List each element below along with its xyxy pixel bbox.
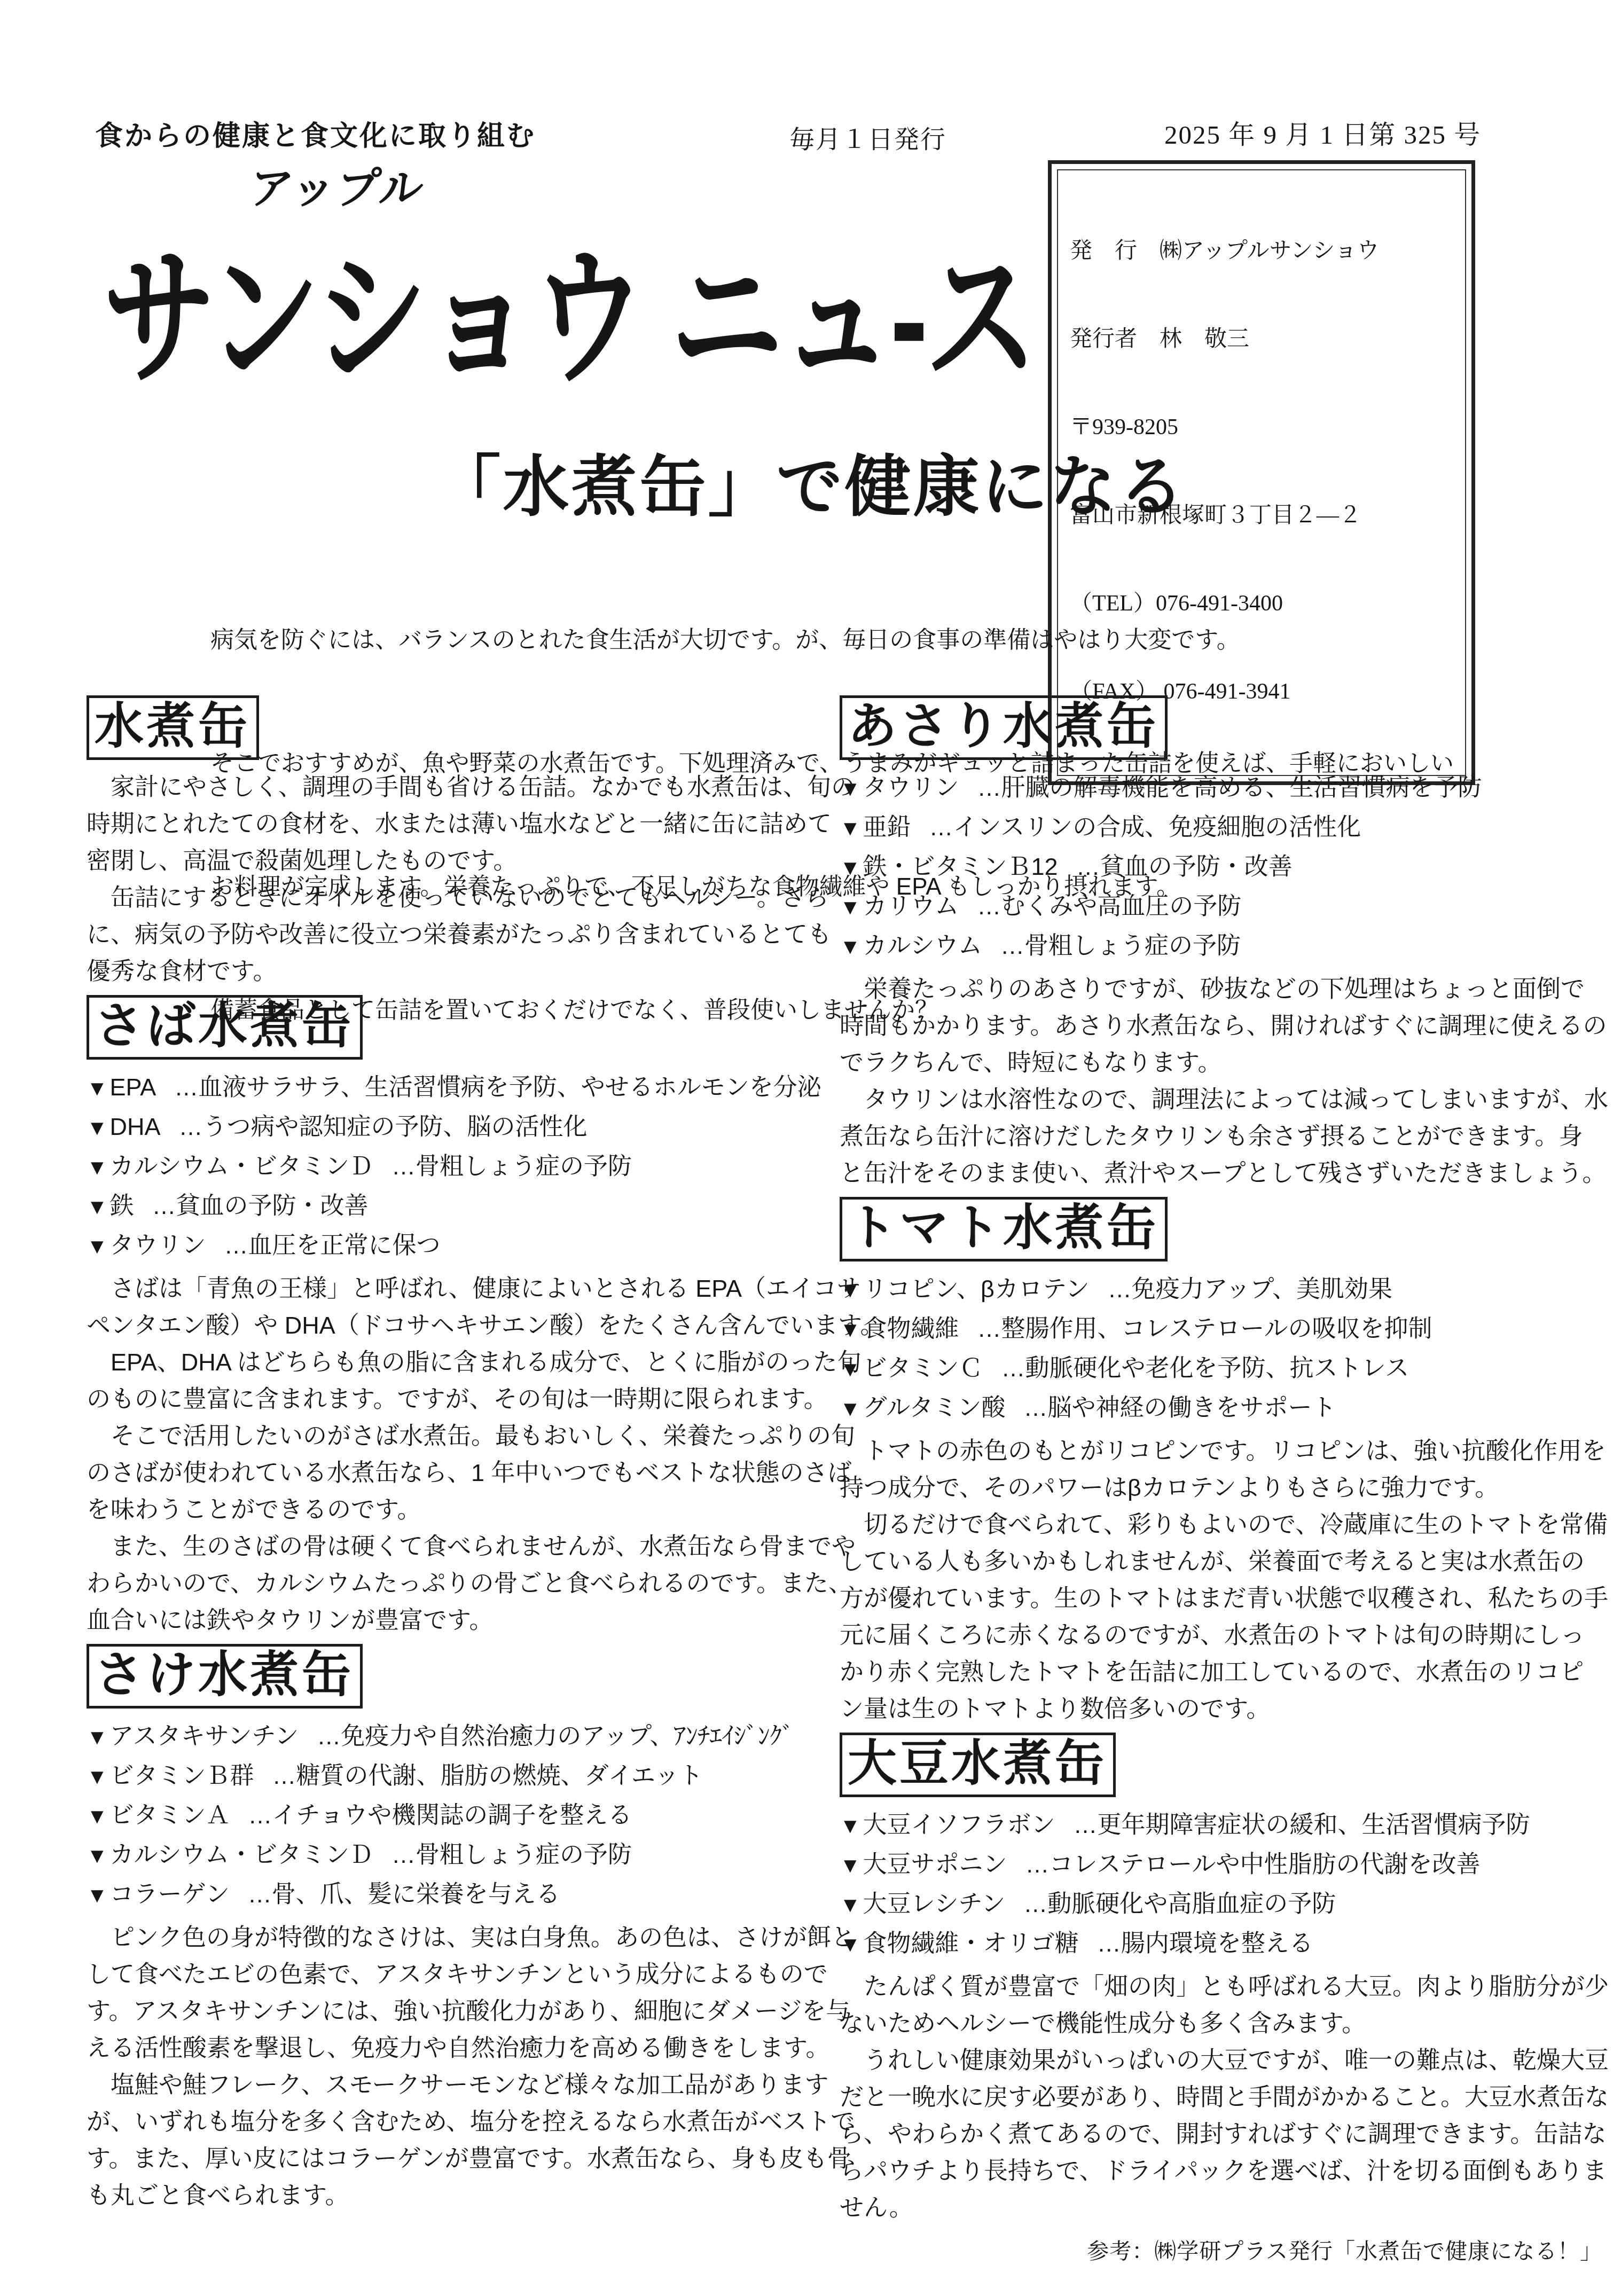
bullet-name: 大豆イソフラボン [863,1811,1055,1838]
paragraph-line: も丸ごと食べられます。 [87,2177,832,2214]
bullet-desc: …イチョウや機関誌の調子を整える [248,1801,632,1829]
bullet-triangle-icon: ▼ [840,1318,861,1342]
bullet-name: ビタミンＣ [863,1354,983,1382]
paragraph-line: 栄養たっぷりのあさりですが、砂抜などの下処理はちょっと面倒で [840,970,1602,1007]
section-paragraphs: さばは「青魚の王様」と呼ばれ、健康によいとされる EPA（エイコサ ペンタエン酸… [87,1270,832,1639]
intro-line: 病気を防ぐには、バランスのとれた食生活が大切です。が、毎日の食事の準備はやはり大… [210,620,1454,661]
bullet-line: ▼EPA…血液サラサラ、生活習慣病を予防、やせるホルモンを分泌 [87,1068,832,1108]
bullet-desc: …血圧を正常に保つ [224,1232,441,1259]
section-bullets: ▼大豆イソフラボン…更年期障害症状の緩和、生活習慣病予防 ▼大豆サポニン…コレス… [840,1806,1602,1964]
paragraph-line: 缶詰にするときにオイルを使っていないのでとてもヘルシー。さら [87,879,832,916]
paragraph-line: える活性酸素を撃退し、免疫力や自然治癒力を高める働きをします。 [87,2029,832,2066]
bullet-desc: …脳や神経の働きをサポート [1023,1394,1336,1421]
section-bullets: ▼タウリン…肝臓の解毒機能を高める、生活習慣病を予防 ▼亜鉛…インスリンの合成、… [840,769,1602,966]
section-title-row: さけ水煮缶 [87,1644,832,1709]
bullet-line: ▼大豆イソフラボン…更年期障害症状の緩和、生活習慣病予防 [840,1806,1602,1845]
bullet-name: コラーゲン [110,1880,230,1908]
paragraph-line: す。アスタキサンチンには、強い抗酸化力があり、細胞にダメージを与 [87,1993,832,2029]
section-sake: さけ水煮缶 ▼アスタキサンチン…免疫力や自然治癒力のアップ、ｱﾝﾁｴｲｼﾞﾝｸﾞ… [87,1644,832,2214]
issue-number: 2025 年 9 月 1 日第 325 号 [1164,114,1481,152]
bullet-desc: …コレステロールや中性脂肪の代謝を改善 [1025,1851,1481,1878]
bullet-name: カリウム [863,892,959,920]
section-paragraphs: たんぱく質が豊富で「畑の肉」とも呼ばれる大豆。肉より脂肪分が少 ないためヘルシー… [840,1968,1602,2226]
bullet-triangle-icon: ▼ [840,777,861,801]
bullet-triangle-icon: ▼ [840,1933,861,1956]
bullet-line: ▼タウリン…血圧を正常に保つ [87,1226,832,1266]
bullet-name: ビタミンＢ群 [110,1762,254,1789]
reference-note: 参考：㈱学研プラス発行「水煮缶で健康になる！」 [840,2234,1602,2265]
bullet-triangle-icon: ▼ [87,1116,108,1140]
bullet-line: ▼亜鉛…インスリンの合成、免疫細胞の活性化 [840,808,1602,848]
bullet-desc: …動脈硬化や高脂血症の予防 [1023,1890,1336,1917]
paragraph-line: トマトの赤色のもとがリコピンです。リコピンは、強い抗酸化作用を [840,1432,1602,1469]
bullet-triangle-icon: ▼ [840,1397,861,1421]
paragraph-line: さばは「青魚の王様」と呼ばれ、健康によいとされる EPA（エイコサ [87,1270,832,1307]
bullet-name: カルシウム [863,932,982,959]
paragraph-line: を味わうことができるのです。 [87,1491,832,1528]
bullet-name: ビタミンＡ [110,1801,230,1829]
paragraph-line: 家計にやさしく、調理の手間も省ける缶詰。なかでも水煮缶は、旬の [87,769,832,805]
paragraph-line: ン量は生のトマトより数倍多いのです。 [840,1690,1602,1727]
bullet-line: ▼リコピン、βカロテン…免疫力アップ、美肌効果 [840,1270,1602,1310]
bullet-line: ▼カルシウム・ビタミンＤ…骨粗しょう症の予防 [87,1836,832,1875]
bullet-desc: …糖質の代謝、脂肪の燃焼、ダイエット [272,1762,703,1789]
bullet-line: ▼鉄・ビタミンＢ12…貧血の予防・改善 [840,848,1602,887]
bullet-name: 鉄・ビタミンＢ12 [863,853,1058,880]
paragraph-line: わらかいので、カルシウムたっぷりの骨ごと食べられるのです。また、 [87,1565,832,1602]
section-title-row: 水煮缶 [87,695,832,760]
bullet-triangle-icon: ▼ [87,1805,108,1828]
section-tomato: トマト水煮缶 ▼リコピン、βカロテン…免疫力アップ、美肌効果 ▼食物繊維…整腸作… [840,1197,1602,1727]
bullet-desc: …むくみや高血圧の予防 [977,892,1241,920]
section-paragraphs: 家計にやさしく、調理の手間も省ける缶詰。なかでも水煮缶は、旬の 時期にとれたての… [87,769,832,990]
bullet-desc: …インスリンの合成、免疫細胞の活性化 [929,813,1361,841]
paragraph-line: うれしい健康効果がいっぱいの大豆ですが、唯一の難点は、乾燥大豆 [840,2042,1602,2079]
bullet-triangle-icon: ▼ [87,1077,108,1100]
paragraph-line: ら、やわらかく煮てあるので、開封すればすぐに調理できます。缶詰な [840,2115,1602,2152]
bullet-desc: …骨、爪、髪に栄養を与える [248,1880,560,1908]
bullet-triangle-icon: ▼ [840,1279,861,1302]
bullet-name: 亜鉛 [863,813,911,841]
bullet-line: ▼鉄…貧血の予防・改善 [87,1187,832,1226]
bullet-desc: …骨粗しょう症の予防 [1000,932,1241,959]
bullet-line: ▼食物繊維・オリゴ糖…腸内環境を整える [840,1924,1602,1964]
paragraph-line: が、いずれも塩分を多く含むため、塩分を控えるなら水煮缶がベストで [87,2103,832,2140]
section-title-row: トマト水煮缶 [840,1197,1602,1261]
section-bullets: ▼アスタキサンチン…免疫力や自然治癒力のアップ、ｱﾝﾁｴｲｼﾞﾝｸﾞ ▼ビタミン… [87,1717,832,1915]
section-title: 水煮缶 [87,695,259,760]
section-saba: さば水煮缶 ▼EPA…血液サラサラ、生活習慣病を予防、やせるホルモンを分泌 ▼D… [87,995,832,1639]
paragraph-line: す。また、厚い皮にはコラーゲンが豊富です。水煮缶なら、身も皮も骨 [87,2140,832,2177]
bullet-name: 鉄 [110,1192,134,1219]
bullet-triangle-icon: ▼ [840,935,861,959]
paragraph-line: ピンク色の身が特徴的なさけは、実は白身魚。あの色は、さけが餌と [87,1919,832,1956]
paragraph-line: 時間もかかります。あさり水煮缶なら、開ければすぐに調理に使えるの [840,1007,1602,1044]
publisher-line: 発行者 林 敬三 [1070,325,1453,354]
section-asari: あさり水煮缶 ▼タウリン…肝臓の解毒機能を高める、生活習慣病を予防 ▼亜鉛…イン… [840,695,1602,1192]
bullet-triangle-icon: ▼ [840,856,861,880]
section-title: あさり水煮缶 [840,695,1168,760]
section-paragraphs: 栄養たっぷりのあさりですが、砂抜などの下処理はちょっと面倒で 時間もかかります。… [840,970,1602,1192]
bullet-line: ▼コラーゲン…骨、爪、髪に栄養を与える [87,1875,832,1915]
section-mizunikan: 水煮缶 家計にやさしく、調理の手間も省ける缶詰。なかでも水煮缶は、旬の 時期にと… [87,695,832,990]
bullet-triangle-icon: ▼ [87,1235,108,1258]
paragraph-line: 血合いには鉄やタウリンが豊富です。 [87,1602,832,1639]
bullet-desc: …動脈硬化や老化を予防、抗ストレス [1001,1354,1409,1382]
bullet-line: ▼カルシウム・ビタミンＤ…骨粗しょう症の予防 [87,1147,832,1187]
paragraph-line: 優秀な食材です。 [87,953,832,990]
paragraph-line: また、生のさばの骨は硬くて食べられませんが、水煮缶なら骨までや [87,1528,832,1565]
paragraph-line: 煮缶なら缶汁に溶けだしたタウリンも余さず摂ることができます。身 [840,1118,1602,1155]
paragraph-line: そこで活用したいのがさば水煮缶。最もおいしく、栄養たっぷりの旬 [87,1417,832,1454]
newsletter-logo: サンショウ ニュ-ス [103,199,1035,414]
bullet-name: カルシウム・ビタミンＤ [110,1153,373,1180]
section-title-row: あさり水煮缶 [840,695,1602,760]
paragraph-line: 時期にとれたての食材を、水または薄い塩水などと一緒に缶に詰めて [87,805,832,842]
newsletter-page: 食からの健康と食文化に取り組む 毎月１日発行 2025 年 9 月 1 日第 3… [0,0,1621,2296]
section-title-row: さば水煮缶 [87,995,832,1060]
paragraph-line: たんぱく質が豊富で「畑の肉」とも呼ばれる大豆。肉より脂肪分が少 [840,1968,1602,2005]
bullet-line: ▼DHA…うつ病や認知症の予防、脳の活性化 [87,1108,832,1147]
bullet-line: ▼ビタミンＣ…動脈硬化や老化を予防、抗ストレス [840,1349,1602,1389]
paragraph-line: かり赤く完熟したトマトを缶詰に加工しているので、水煮缶のリコピ [840,1654,1602,1690]
paragraph-line: EPA、DHA はどちらも魚の脂に含まれる成分で、とくに脂がのった旬 [87,1344,832,1381]
paragraph-line: 元に届くころに赤くなるのですが、水煮缶のトマトは旬の時期にしっ [840,1617,1602,1654]
bullet-name: タウリン [863,774,959,801]
page-title: 「水煮缶」で健康になる [0,434,1621,529]
paragraph-line: ないためヘルシーで機能性成分も多く含みます。 [840,2005,1602,2042]
section-bullets: ▼EPA…血液サラサラ、生活習慣病を予防、やせるホルモンを分泌 ▼DHA…うつ病… [87,1068,832,1266]
paragraph-line: に、病気の予防や改善に役立つ栄養素がたっぷり含まれているとても [87,916,832,953]
bullet-name: タウリン [110,1232,206,1259]
bullet-triangle-icon: ▼ [87,1844,108,1868]
paragraph-line: でラクちんで、時短にもなります。 [840,1044,1602,1081]
bullet-line: ▼大豆サポニン…コレステロールや中性脂肪の代謝を改善 [840,1845,1602,1885]
paragraph-line: 塩鮭や鮭フレーク、スモークサーモンなど様々な加工品があります [87,2066,832,2103]
left-column: 水煮缶 家計にやさしく、調理の手間も省ける缶詰。なかでも水煮缶は、旬の 時期にと… [87,690,832,2215]
bullet-line: ▼カリウム…むくみや高血圧の予防 [840,887,1602,927]
section-title: さけ水煮缶 [87,1644,363,1709]
bullet-triangle-icon: ▼ [840,896,861,919]
paragraph-line: と缶汁をそのまま使い、煮汁やスープとして残さずいただきましょう。 [840,1155,1602,1192]
section-paragraphs: ピンク色の身が特徴的なさけは、実は白身魚。あの色は、さけが餌と して食べたエビの… [87,1919,832,2214]
right-column: あさり水煮缶 ▼タウリン…肝臓の解毒機能を高める、生活習慣病を予防 ▼亜鉛…イン… [840,690,1602,2265]
section-paragraphs: トマトの赤色のもとがリコピンです。リコピンは、強い抗酸化作用を 持つ成分で、その… [840,1432,1602,1727]
bullet-triangle-icon: ▼ [87,1884,108,1907]
section-title: さば水煮缶 [87,995,363,1060]
bullet-desc: …血液サラサラ、生活習慣病を予防、やせるホルモンを分泌 [174,1073,821,1101]
bullet-name: 食物繊維 [863,1315,959,1342]
bullet-name: 食物繊維・オリゴ糖 [863,1930,1079,1957]
bullet-name: 大豆レシチン [863,1890,1006,1917]
bullet-name: アスタキサンチン [110,1722,299,1750]
section-bullets: ▼リコピン、βカロテン…免疫力アップ、美肌効果 ▼食物繊維…整腸作用、コレステロ… [840,1270,1602,1428]
bullet-triangle-icon: ▼ [840,1814,861,1838]
bullet-name: カルシウム・ビタミンＤ [110,1841,373,1868]
bullet-line: ▼大豆レシチン…動脈硬化や高脂血症の予防 [840,1885,1602,1924]
paragraph-line: せん。 [840,2189,1602,2226]
bullet-name: EPA [110,1073,156,1101]
bullet-line: ▼ビタミンＢ群…糖質の代謝、脂肪の燃焼、ダイエット [87,1757,832,1796]
bullet-desc: …骨粗しょう症の予防 [391,1153,632,1180]
bullet-triangle-icon: ▼ [840,817,861,840]
paragraph-line: している人も多いかもしれませんが、栄養面で考えると実は水煮缶の [840,1543,1602,1580]
paragraph-line: 持つ成分で、そのパワーはβカロテンよりもさらに強力です。 [840,1469,1602,1506]
bullet-desc: …うつ病や認知症の予防、脳の活性化 [179,1113,588,1140]
bullet-triangle-icon: ▼ [840,1358,861,1381]
page-tagline: 食からの健康と食文化に取り組む [95,113,536,153]
bullet-name: DHA [110,1113,161,1140]
section-title: 大豆水煮缶 [840,1733,1116,1797]
bullet-triangle-icon: ▼ [87,1726,108,1749]
bullet-name: リコピン、βカロテン [863,1275,1090,1303]
paragraph-line: タウリンは水溶性なので、調理法によっては減ってしまいますが、水 [840,1081,1602,1118]
bullet-desc: …骨粗しょう症の予防 [391,1841,632,1868]
publish-frequency: 毎月１日発行 [789,120,946,155]
bullet-line: ▼タウリン…肝臓の解毒機能を高める、生活習慣病を予防 [840,769,1602,808]
bullet-triangle-icon: ▼ [840,1893,861,1917]
paragraph-line: ペンタエン酸）や DHA（ドコサヘキサエン酸）をたくさん含んでいます。 [87,1307,832,1344]
section-daizu: 大豆水煮缶 ▼大豆イソフラボン…更年期障害症状の緩和、生活習慣病予防 ▼大豆サポ… [840,1733,1602,2226]
bullet-name: グルタミン酸 [863,1394,1006,1421]
paragraph-line: のものに豊富に含まれます。ですが、その旬は一時期に限られます。 [87,1381,832,1417]
section-title-row: 大豆水煮缶 [840,1733,1602,1797]
paragraph-line: 方が優れています。生のトマトはまだ青い状態で収穫され、私たちの手 [840,1580,1602,1617]
bullet-desc: …免疫力や自然治癒力のアップ、ｱﾝﾁｴｲｼﾞﾝｸﾞ [317,1722,794,1750]
bullet-desc: …貧血の予防・改善 [1076,853,1293,880]
bullet-line: ▼食物繊維…整腸作用、コレステロールの吸収を抑制 [840,1310,1602,1349]
section-title: トマト水煮缶 [840,1197,1168,1261]
bullet-triangle-icon: ▼ [87,1156,108,1179]
bullet-line: ▼カルシウム…骨粗しょう症の予防 [840,927,1602,966]
bullet-desc: …貧血の予防・改善 [152,1192,369,1219]
bullet-desc: …腸内環境を整える [1097,1930,1313,1957]
bullet-triangle-icon: ▼ [840,1854,861,1877]
bullet-line: ▼ビタミンＡ…イチョウや機関誌の調子を整える [87,1796,832,1836]
paragraph-line: 密閉し、高温で殺菌処理したものです。 [87,842,832,879]
bullet-triangle-icon: ▼ [87,1765,108,1789]
bullet-line: ▼グルタミン酸…脳や神経の働きをサポート [840,1389,1602,1428]
bullet-line: ▼アスタキサンチン…免疫力や自然治癒力のアップ、ｱﾝﾁｴｲｼﾞﾝｸﾞ [87,1717,832,1757]
bullet-triangle-icon: ▼ [87,1195,108,1219]
paragraph-line: 切るだけで食べられて、彩りもよいので、冷蔵庫に生のトマトを常備 [840,1506,1602,1543]
bullet-desc: …免疫力アップ、美肌効果 [1108,1275,1392,1303]
bullet-desc: …肝臓の解毒機能を高める、生活習慣病を予防 [977,774,1482,801]
paragraph-line: のさばが使われている水煮缶なら、1 年中いつでもベストな状態のさば [87,1454,832,1491]
paragraph-line: らパウチより長持ちで、ドライパックを選べば、汁を切る面倒もありま [840,2152,1602,2189]
bullet-desc: …整腸作用、コレステロールの吸収を抑制 [977,1315,1432,1342]
publisher-line: 発 行 ㈱アップルサンショウ [1070,237,1453,266]
bullet-name: 大豆サポニン [863,1851,1007,1878]
paragraph-line: して食べたエビの色素で、アスタキサンチンという成分によるもので [87,1956,832,1993]
paragraph-line: だと一晩水に戻す必要があり、時間と手間がかかること。大豆水煮缶な [840,2079,1602,2115]
bullet-desc: …更年期障害症状の緩和、生活習慣病予防 [1074,1811,1530,1838]
